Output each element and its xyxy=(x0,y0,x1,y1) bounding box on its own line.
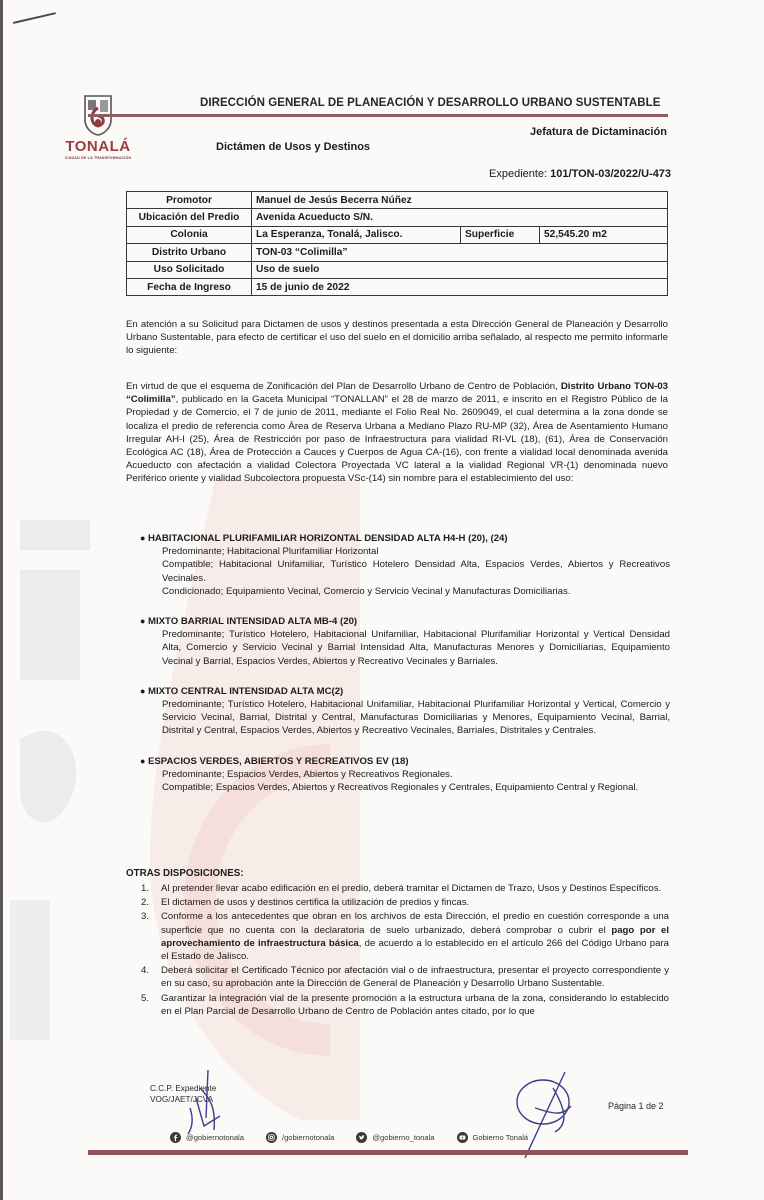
expediente-label: Expediente: xyxy=(489,168,547,180)
zone-title: MIXTO CENTRAL INTENSIDAD ALTA MC(2) xyxy=(148,685,670,698)
info-table: Promotor Manuel de Jesús Becerra Núñez U… xyxy=(126,191,668,296)
ccp-block: C.C.P. Expediente VOG/JAET/JCVA xyxy=(150,1083,216,1105)
social-youtube[interactable]: Gobierno Tonalá xyxy=(457,1132,529,1143)
promotor-value: Manuel de Jesús Becerra Núñez xyxy=(252,192,668,209)
distrito-label: Distrito Urbano xyxy=(127,244,252,261)
zone-line: Predominante; Habitacional Plurifamiliar… xyxy=(148,545,670,558)
social-label: @gobiernotonala xyxy=(186,1133,244,1142)
item-number: 5. xyxy=(141,992,149,1005)
page-number: Página 1 de 2 xyxy=(608,1101,664,1111)
list-item: 5.Garantizar la integración vial de la p… xyxy=(141,992,669,1018)
colonia-value: La Esperanza, Tonalá, Jalisco. xyxy=(252,226,461,243)
expediente-value: 101/TON-03/2022/U-473 xyxy=(550,168,671,180)
tonala-logo: TONALÁ CIUDAD DE LA TRANSFORMACIÓN xyxy=(58,94,138,164)
zone-item: ● MIXTO CENTRAL INTENSIDAD ALTA MC(2) Pr… xyxy=(148,685,670,738)
table-row: Fecha de Ingreso 15 de junio de 2022 xyxy=(127,278,668,295)
item-number: 2. xyxy=(141,896,149,909)
ccp-initials: VOG/JAET/JCVA xyxy=(150,1094,216,1105)
zoning-paragraph: En virtud de que el esquema de Zonificac… xyxy=(126,380,668,486)
fecha-label: Fecha de Ingreso xyxy=(127,278,252,295)
footer-bar xyxy=(88,1150,688,1155)
table-row: Colonia La Esperanza, Tonalá, Jalisco. S… xyxy=(127,226,668,243)
distrito-value: TON-03 “Colimilla” xyxy=(252,244,668,261)
table-row: Uso Solicitado Uso de suelo xyxy=(127,261,668,278)
intro-paragraph: En atención a su Solicitud para Dictamen… xyxy=(126,318,668,358)
logo-wordmark: TONALÁ xyxy=(58,138,138,155)
logo-tagline: CIUDAD DE LA TRANSFORMACIÓN xyxy=(58,156,138,160)
zone-line: Predominante; Turístico Hotelero, Habita… xyxy=(148,628,670,668)
superficie-value: 52,545.20 m2 xyxy=(540,226,668,243)
item-number: 1. xyxy=(141,882,149,895)
ccp-line: C.C.P. Expediente xyxy=(150,1083,216,1094)
uso-value: Uso de suelo xyxy=(252,261,668,278)
document-type: Dictámen de Usos y Destinos xyxy=(216,141,370,153)
zone-item: ● HABITACIONAL PLURIFAMILIAR HORIZONTAL … xyxy=(148,532,670,598)
facebook-icon xyxy=(170,1132,181,1143)
office-name: Jefatura de Dictaminación xyxy=(530,126,667,138)
header-divider xyxy=(88,114,668,117)
zone-list: ● HABITACIONAL PLURIFAMILIAR HORIZONTAL … xyxy=(148,532,670,811)
twitter-icon xyxy=(356,1132,367,1143)
item-text: Deberá solicitar el Certificado Técnico … xyxy=(161,965,669,989)
department-title: DIRECCIÓN GENERAL DE PLANEACIÓN Y DESARR… xyxy=(200,97,660,109)
social-label: /gobiernotonala xyxy=(282,1133,334,1142)
zone-title: MIXTO BARRIAL INTENSIDAD ALTA MB-4 (20) xyxy=(148,615,670,628)
bullet-icon: ● xyxy=(140,532,145,545)
zone-line: Predominante; Espacios Verdes, Abiertos … xyxy=(148,768,670,781)
item-text: Conforme a los antecedentes que obran en… xyxy=(161,911,669,935)
item-number: 3. xyxy=(141,910,149,923)
bullet-icon: ● xyxy=(140,615,145,628)
page-edge xyxy=(0,0,3,1200)
item-text: Al pretender llevar acabo edificación en… xyxy=(161,883,661,894)
uso-label: Uso Solicitado xyxy=(127,261,252,278)
colonia-label: Colonia xyxy=(127,226,252,243)
zone-line: Condicionado; Equipamiento Vecinal, Come… xyxy=(148,585,670,598)
fecha-value: 15 de junio de 2022 xyxy=(252,278,668,295)
expediente: Expediente: 101/TON-03/2022/U-473 xyxy=(489,168,671,180)
zone-item: ● MIXTO BARRIAL INTENSIDAD ALTA MB-4 (20… xyxy=(148,615,670,668)
zone-title: ESPACIOS VERDES, ABIERTOS Y RECREATIVOS … xyxy=(148,755,670,768)
pen-mark xyxy=(13,12,56,24)
instagram-icon xyxy=(266,1132,277,1143)
zone-item: ● ESPACIOS VERDES, ABIERTOS Y RECREATIVO… xyxy=(148,755,670,795)
item-number: 4. xyxy=(141,964,149,977)
promotor-label: Promotor xyxy=(127,192,252,209)
list-item: 3.Conforme a los antecedentes que obran … xyxy=(141,910,669,963)
zone-line: Compatible; Habitacional Unifamiliar, Tu… xyxy=(148,558,670,584)
zoning-text-b: , publicado en la Gaceta Municipal “TONA… xyxy=(126,394,668,484)
social-label: Gobierno Tonalá xyxy=(473,1133,529,1142)
item-text: El dictamen de usos y destinos certifica… xyxy=(161,897,469,908)
disposiciones-list: 1.Al pretender llevar acabo edificación … xyxy=(141,882,669,1019)
ubicacion-label: Ubicación del Predio xyxy=(127,209,252,226)
list-item: 4.Deberá solicitar el Certificado Técnic… xyxy=(141,964,669,990)
ubicacion-value: Avenida Acueducto S/N. xyxy=(252,209,668,226)
superficie-label: Superficie xyxy=(461,226,540,243)
bullet-icon: ● xyxy=(140,685,145,698)
social-label: @gobierno_tonala xyxy=(372,1133,434,1142)
otras-heading: OTRAS DISPOSICIONES: xyxy=(126,868,244,879)
table-row: Promotor Manuel de Jesús Becerra Núñez xyxy=(127,192,668,209)
zone-title: HABITACIONAL PLURIFAMILIAR HORIZONTAL DE… xyxy=(148,532,670,545)
item-text: Garantizar la integración vial de la pre… xyxy=(161,993,669,1017)
social-links: @gobiernotonala /gobiernotonala @gobiern… xyxy=(170,1132,528,1143)
zone-line: Predominante; Turístico Hotelero, Habita… xyxy=(148,698,670,738)
bullet-icon: ● xyxy=(140,755,145,768)
zoning-text-a: En virtud de que el esquema de Zonificac… xyxy=(126,381,561,392)
youtube-icon xyxy=(457,1132,468,1143)
table-row: Ubicación del Predio Avenida Acueducto S… xyxy=(127,209,668,226)
list-item: 2.El dictamen de usos y destinos certifi… xyxy=(141,896,669,909)
list-item: 1.Al pretender llevar acabo edificación … xyxy=(141,882,669,895)
social-instagram[interactable]: /gobiernotonala xyxy=(266,1132,334,1143)
table-row: Distrito Urbano TON-03 “Colimilla” xyxy=(127,244,668,261)
zone-line: Compatible; Espacios Verdes, Abiertos y … xyxy=(148,781,670,794)
social-facebook[interactable]: @gobiernotonala xyxy=(170,1132,244,1143)
social-twitter[interactable]: @gobierno_tonala xyxy=(356,1132,434,1143)
